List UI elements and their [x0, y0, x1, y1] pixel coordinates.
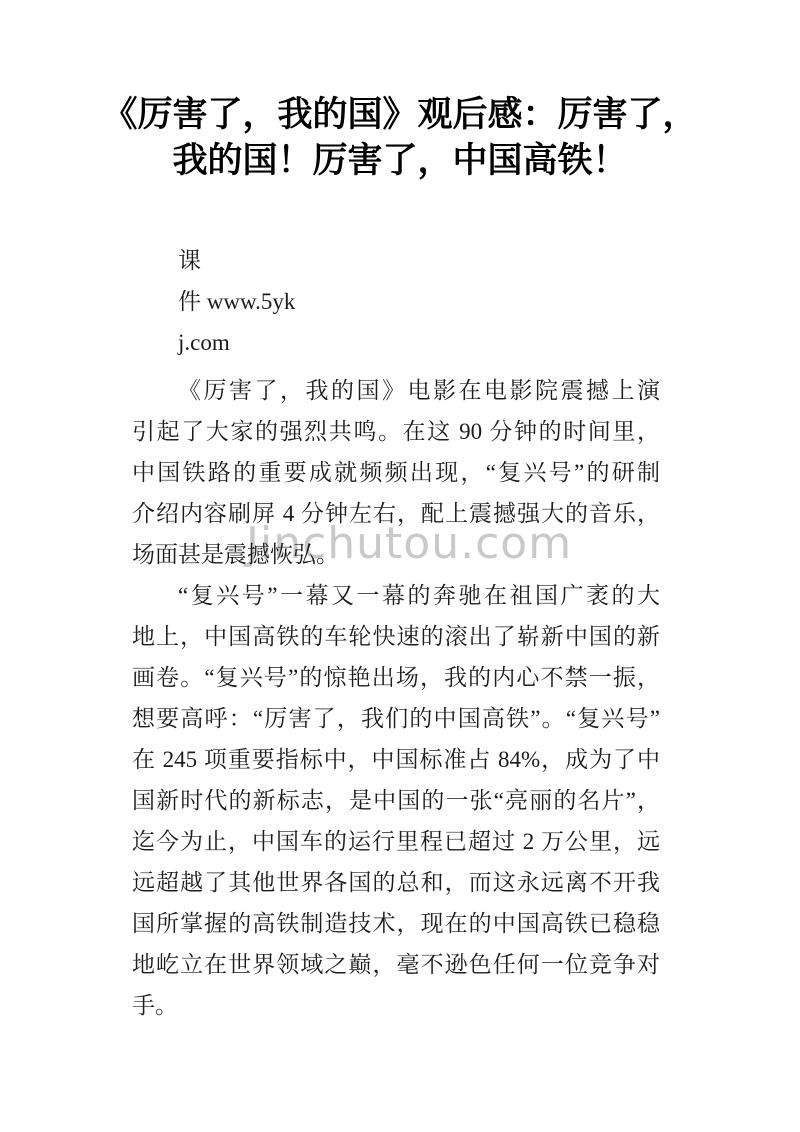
paragraph-line: 介绍内容刷屏 4 分钟左右，配上震撼强大的音乐， [132, 493, 660, 534]
paragraph-line: 《厉害了，我的国》电影在电影院震撼上演后， [132, 370, 660, 411]
paragraph-line: 地上，中国高铁的车轮快速的滚出了崭新中国的新 [132, 616, 660, 657]
paragraph-line: 在 245 项重要指标中，中国标准占 84%，成为了中 [132, 739, 660, 780]
paragraph-line: 场面甚是震撼恢弘。 [132, 534, 660, 575]
page-title: 《厉害了，我的国》观后感：厉害了， 我的国！厉害了，中国高铁！ [0, 92, 800, 184]
header-line: 件 www.5yk [132, 281, 660, 322]
paragraph-line: 迄今为止，中国车的运行里程已超过 2 万公里，远 [132, 821, 660, 862]
paragraph-line: 远超越了其他世界各国的总和，而这永远离不开我 [132, 862, 660, 903]
paragraph-line: “复兴号”一幕又一幕的奔驰在祖国广袤的大 [132, 575, 660, 616]
paragraph-line: 引起了大家的强烈共鸣。在这 90 分钟的时间里， [132, 411, 660, 452]
document-page: Jinchutou.com 《厉害了，我的国》观后感：厉害了， 我的国！厉害了，… [0, 0, 800, 1132]
paragraph-line: 地屹立在世界领域之巅，毫不逊色任何一位竞争对 [132, 944, 660, 985]
header-note: 课 件 www.5yk j.com [132, 240, 660, 363]
paragraph-line: 国新时代的新标志，是中国的一张“亮丽的名片”， [132, 780, 660, 821]
paragraph-line: 手。 [132, 985, 660, 1026]
paragraph-1: 《厉害了，我的国》电影在电影院震撼上演后， 引起了大家的强烈共鸣。在这 90 分… [132, 370, 660, 575]
header-line: 课 [132, 240, 660, 281]
paragraph-line: 想要高呼：“厉害了，我们的中国高铁”。“复兴号” [132, 698, 660, 739]
paragraph-line: 中国铁路的重要成就频频出现，“复兴号”的研制 [132, 452, 660, 493]
paragraph-line: 画卷。“复兴号”的惊艳出场，我的内心不禁一振， [132, 657, 660, 698]
paragraph-2: “复兴号”一幕又一幕的奔驰在祖国广袤的大 地上，中国高铁的车轮快速的滚出了崭新中… [132, 575, 660, 1026]
paragraph-line: 国所掌握的高铁制造技术，现在的中国高铁已稳稳 [132, 903, 660, 944]
document-body: 《厉害了，我的国》电影在电影院震撼上演后， 引起了大家的强烈共鸣。在这 90 分… [132, 370, 660, 1026]
title-line: 《厉害了，我的国》观后感：厉害了， [0, 92, 800, 138]
title-line: 我的国！厉害了，中国高铁！ [0, 138, 800, 184]
header-line: j.com [132, 322, 660, 363]
